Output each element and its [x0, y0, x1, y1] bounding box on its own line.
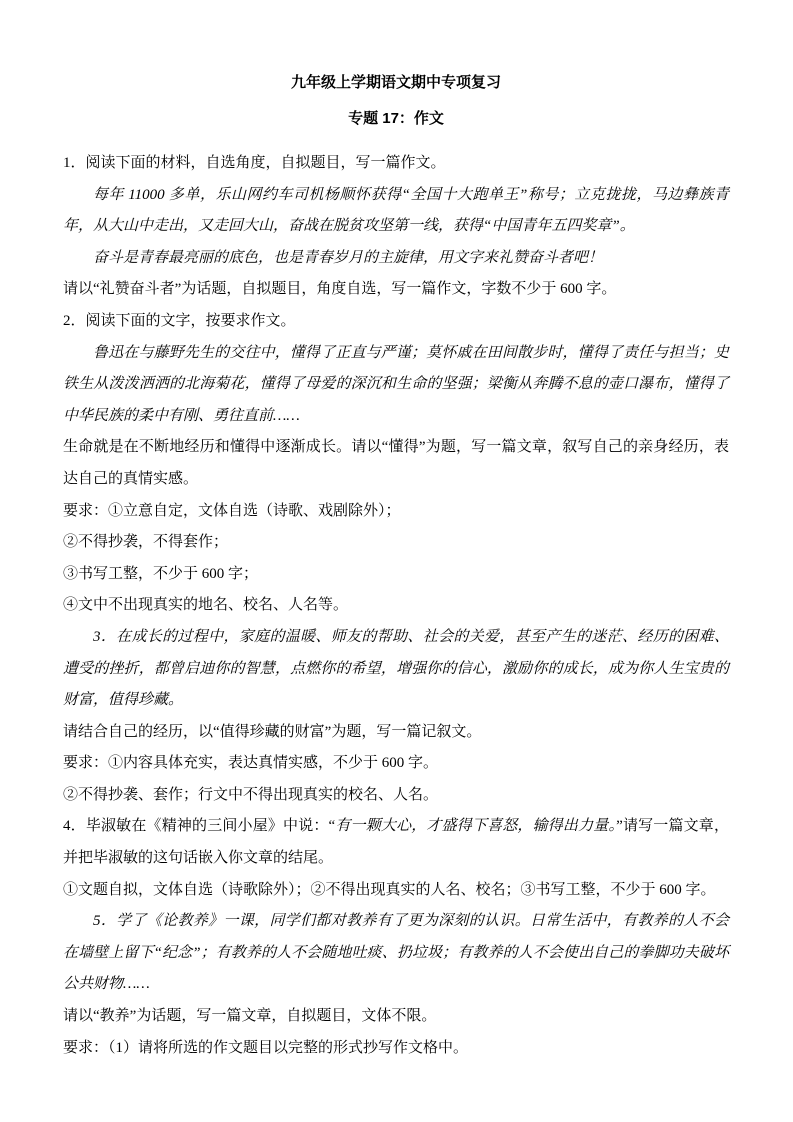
paragraph-14: 要求：①内容具体充实，表达真情实感，不少于 600 字。	[63, 748, 729, 780]
paragraph-9: ②不得抄袭，不得套作；	[63, 527, 729, 559]
paragraph-18: 5．学了《论教养》一课，同学们都对教养有了更为深刻的认识。日常生活中，有教养的人…	[63, 906, 729, 1001]
text-run: 4．毕淑敏在《精神的三间小屋》中说：“	[63, 818, 335, 834]
text-run: 1．阅读下面的材料，自选角度，自拟题目，写一篇作文。	[63, 155, 446, 171]
paragraph-2: 每年 11000 多单，乐山网约车司机杨顺怀获得“全国十大跑单王”称号；立克拢拢…	[63, 180, 729, 243]
text-run: 3．在成长的过程中，家庭的温暖、师友的帮助、社会的关爱，甚至产生的迷茫、经历的困…	[63, 629, 729, 708]
text-run: 鲁迅在与藤野先生的交往中，懂得了正直与严谨；莫怀戚在田间散步时，懂得了责任与担当…	[63, 345, 729, 424]
document-page: 九年级上学期语文期中专项复习 专题 17：作文 1．阅读下面的材料，自选角度，自…	[0, 0, 793, 1122]
text-run: ③书写工整，不少于 600 字；	[63, 566, 258, 582]
paragraph-20: 要求：（1）请将所选的作文题目以完整的形式抄写作文格中。	[63, 1033, 729, 1065]
text-run: 请以“礼赞奋斗者”为话题，自拟题目，角度自选，写一篇作文，字数不少于 600 字…	[63, 281, 616, 297]
paragraph-8: 要求：①立意自定，文体自选（诗歌、戏剧除外）；	[63, 496, 729, 528]
paragraph-6: 鲁迅在与藤野先生的交往中，懂得了正直与严谨；莫怀戚在田间散步时，懂得了责任与担当…	[63, 338, 729, 433]
paragraph-7: 生命就是在不断地经历和懂得中逐渐成长。请以“懂得”为题，写一篇文章，叙写自己的亲…	[63, 432, 729, 495]
document-body: 1．阅读下面的材料，自选角度，自拟题目，写一篇作文。每年 11000 多单，乐山…	[63, 148, 729, 1064]
paragraph-16: 4．毕淑敏在《精神的三间小屋》中说：“有一颗大心，才盛得下喜怒，输得出力量。”请…	[63, 811, 729, 874]
paragraph-3: 奋斗是青春最亮丽的底色，也是青春岁月的主旋律，用文字来礼赞奋斗者吧！	[63, 243, 729, 275]
text-run: 2．阅读下面的文字，按要求作文。	[63, 313, 296, 329]
page-subtitle: 专题 17：作文	[63, 110, 729, 128]
text-run: 每年 11000 多单，乐山网约车司机杨顺怀获得“全国十大跑单王”称号；立克拢拢…	[63, 187, 729, 235]
text-run: 要求：①内容具体充实，表达真情实感，不少于 600 字。	[63, 755, 438, 771]
text-run: 有一颗大心，才盛得下喜怒，输得出力量。	[335, 818, 616, 834]
paragraph-11: ④文中不出现真实的地名、校名、人名等。	[63, 590, 729, 622]
text-run: ②不得抄袭、套作；行文中不得出现真实的校名、人名。	[63, 787, 438, 803]
paragraph-1: 1．阅读下面的材料，自选角度，自拟题目，写一篇作文。	[63, 148, 729, 180]
paragraph-17: ①文题自拟，文体自选（诗歌除外）；②不得出现真实的人名、校名；③书写工整，不少于…	[63, 875, 729, 907]
paragraph-5: 2．阅读下面的文字，按要求作文。	[63, 306, 729, 338]
paragraph-10: ③书写工整，不少于 600 字；	[63, 559, 729, 591]
text-run: 要求：（1）请将所选的作文题目以完整的形式抄写作文格中。	[63, 1040, 468, 1056]
paragraph-12: 3．在成长的过程中，家庭的温暖、师友的帮助、社会的关爱，甚至产生的迷茫、经历的困…	[63, 622, 729, 717]
text-run: 请以“教养”为话题，写一篇文章，自拟题目，文体不限。	[63, 1008, 436, 1024]
text-run: ④文中不出现真实的地名、校名、人名等。	[63, 597, 348, 613]
paragraph-4: 请以“礼赞奋斗者”为话题，自拟题目，角度自选，写一篇作文，字数不少于 600 字…	[63, 274, 729, 306]
text-run: 奋斗是青春最亮丽的底色，也是青春岁月的主旋律，用文字来礼赞奋斗者吧！	[93, 250, 603, 266]
text-run: 请结合自己的经历，以“值得珍藏的财富”为题，写一篇记叙文。	[63, 724, 481, 740]
text-run: 5．学了《论教养》一课，同学们都对教养有了更为深刻的认识。日常生活中，有教养的人…	[63, 913, 729, 992]
text-run: ②不得抄袭，不得套作；	[63, 534, 228, 550]
text-run: ①文题自拟，文体自选（诗歌除外）；②不得出现真实的人名、校名；③书写工整，不少于…	[63, 882, 716, 898]
paragraph-15: ②不得抄袭、套作；行文中不得出现真实的校名、人名。	[63, 780, 729, 812]
text-run: 生命就是在不断地经历和懂得中逐渐成长。请以“懂得”为题，写一篇文章，叙写自己的亲…	[63, 439, 729, 487]
paragraph-13: 请结合自己的经历，以“值得珍藏的财富”为题，写一篇记叙文。	[63, 717, 729, 749]
text-run: 要求：①立意自定，文体自选（诗歌、戏剧除外）；	[63, 503, 401, 519]
paragraph-19: 请以“教养”为话题，写一篇文章，自拟题目，文体不限。	[63, 1001, 729, 1033]
page-title: 九年级上学期语文期中专项复习	[63, 74, 729, 92]
